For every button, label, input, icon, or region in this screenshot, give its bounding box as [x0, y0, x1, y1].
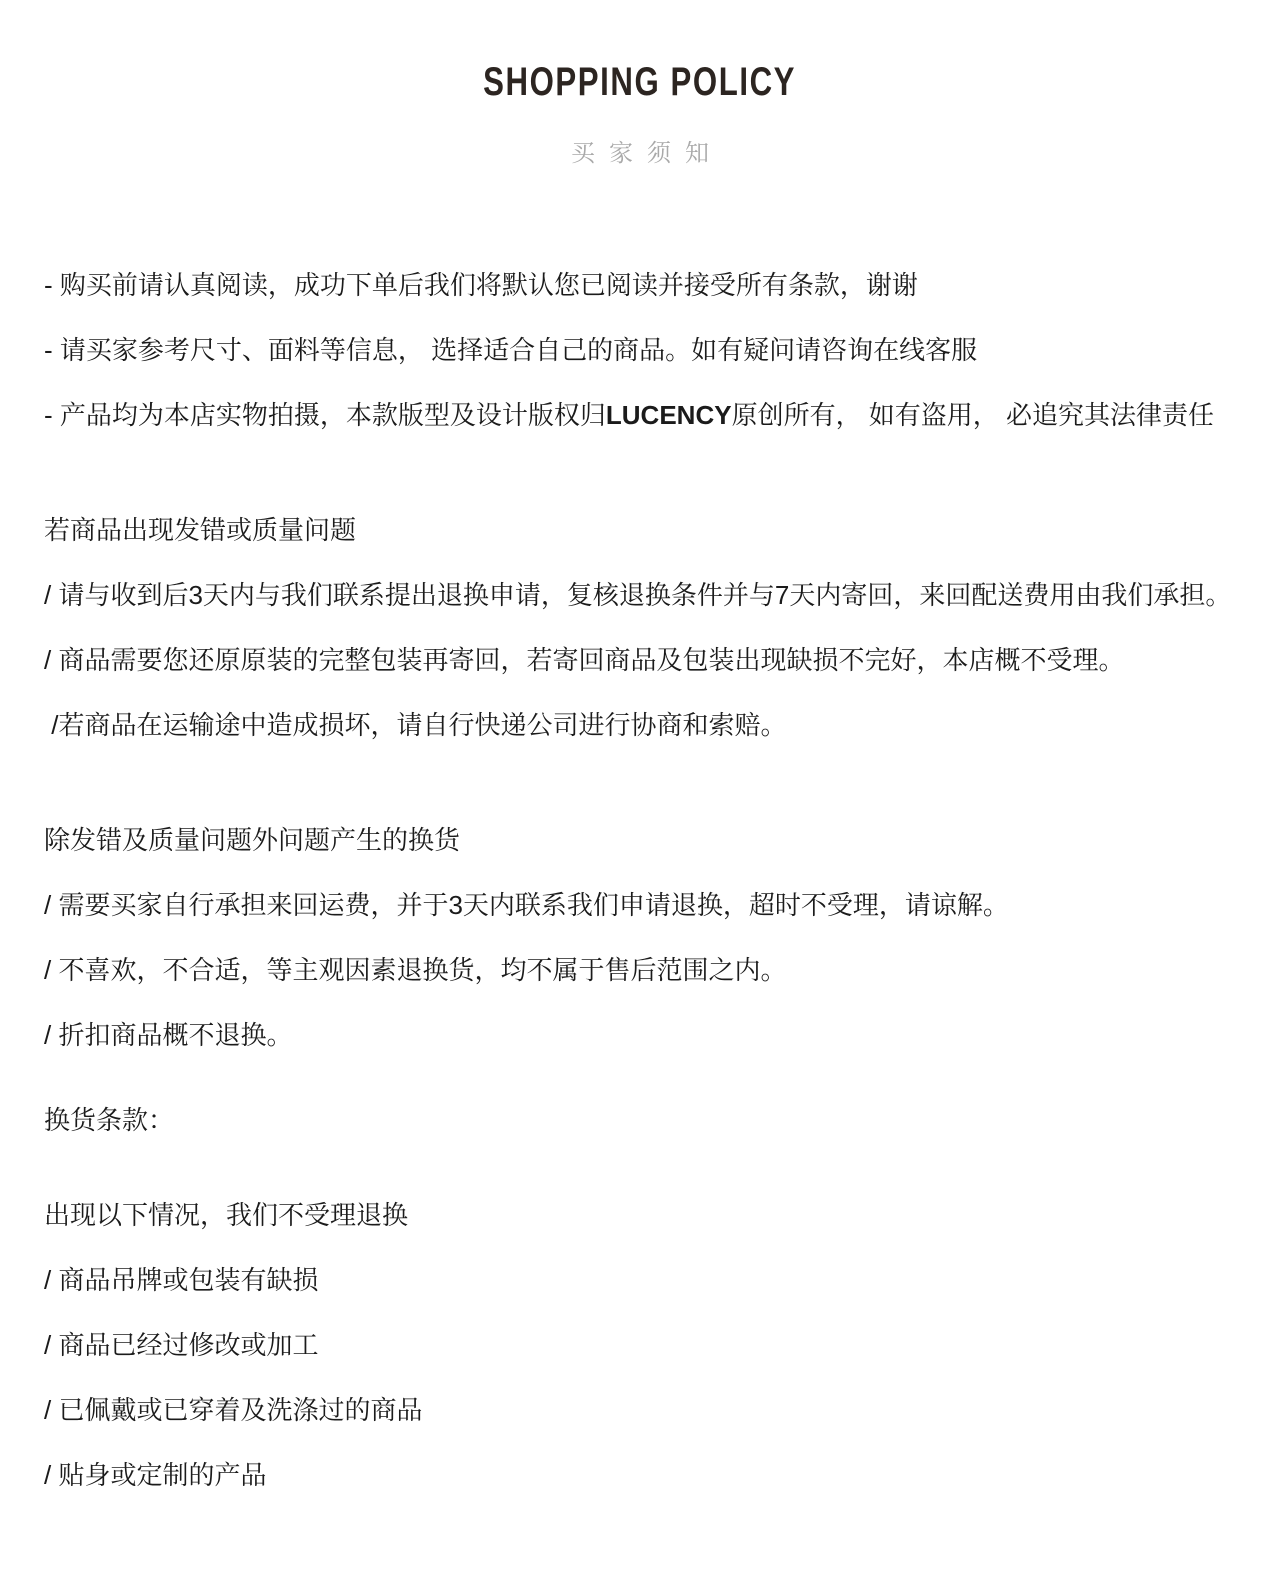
page-header: SHOPPING POLICY 买家须知: [0, 0, 1280, 168]
section-not-accepted-cases: 出现以下情况，我们不受理退换 / 商品吊牌或包装有缺损 / 商品已经过修改或加工…: [44, 1200, 1236, 1490]
section-non-quality-exchange: 除发错及质量问题外问题产生的换货 / 需要买家自行承担来回运费，并于3天内联系我…: [44, 825, 1236, 1050]
intro-line-1: - 购买前请认真阅读，成功下单后我们将默认您已阅读并接受所有条款，谢谢: [44, 270, 1236, 300]
policy-line: / 商品吊牌或包装有缺损: [44, 1265, 1236, 1295]
intro-line-3-prefix: - 产品均为本店实物拍摄，本款版型及设计版权归: [44, 400, 606, 430]
section-wrong-item-or-quality: 若商品出现发错或质量问题 / 请与收到后3天内与我们联系提出退换申请，复核退换条…: [44, 515, 1236, 740]
policy-line: / 折扣商品概不退换。: [44, 1020, 1236, 1050]
section-heading: 换货条款：: [44, 1105, 1236, 1135]
policy-line: / 需要买家自行承担来回运费，并于3天内联系我们申请退换，超时不受理，请谅解。: [44, 890, 1236, 920]
brand-name: LUCENCY: [606, 400, 732, 430]
policy-line: / 请与收到后3天内与我们联系提出退换申请，复核退换条件并与7天内寄回，来回配送…: [44, 580, 1236, 610]
policy-line: / 已佩戴或已穿着及洗涤过的商品: [44, 1395, 1236, 1425]
page-title: SHOPPING POLICY: [484, 60, 797, 105]
shopping-policy-page: SHOPPING POLICY 买家须知 - 购买前请认真阅读，成功下单后我们将…: [0, 0, 1280, 1595]
policy-line: / 不喜欢，不合适，等主观因素退换货，均不属于售后范围之内。: [44, 955, 1236, 985]
policy-line: / 商品需要您还原原装的完整包装再寄回，若寄回商品及包装出现缺损不完好，本店概不…: [44, 645, 1236, 675]
page-subtitle: 买家须知: [0, 133, 1280, 168]
intro-line-3-suffix: 原创所有， 如有盗用， 必追究其法律责任: [732, 400, 1214, 430]
policy-content: - 购买前请认真阅读，成功下单后我们将默认您已阅读并接受所有条款，谢谢 - 请买…: [0, 270, 1280, 1490]
section-heading: 除发错及质量问题外问题产生的换货: [44, 825, 1236, 855]
section-heading: 若商品出现发错或质量问题: [44, 515, 1236, 545]
section-heading: 出现以下情况，我们不受理退换: [44, 1200, 1236, 1230]
intro-line-2: - 请买家参考尺寸、面料等信息， 选择适合自己的商品。如有疑问请咨询在线客服: [44, 335, 1236, 365]
policy-line: / 商品已经过修改或加工: [44, 1330, 1236, 1360]
intro-line-3: - 产品均为本店实物拍摄，本款版型及设计版权归LUCENCY原创所有， 如有盗用…: [44, 400, 1236, 430]
section-exchange-terms: 换货条款：: [44, 1105, 1236, 1135]
policy-line: / 贴身或定制的产品: [44, 1460, 1236, 1490]
policy-line: /若商品在运输途中造成损坏，请自行快递公司进行协商和索赔。: [44, 710, 1236, 740]
